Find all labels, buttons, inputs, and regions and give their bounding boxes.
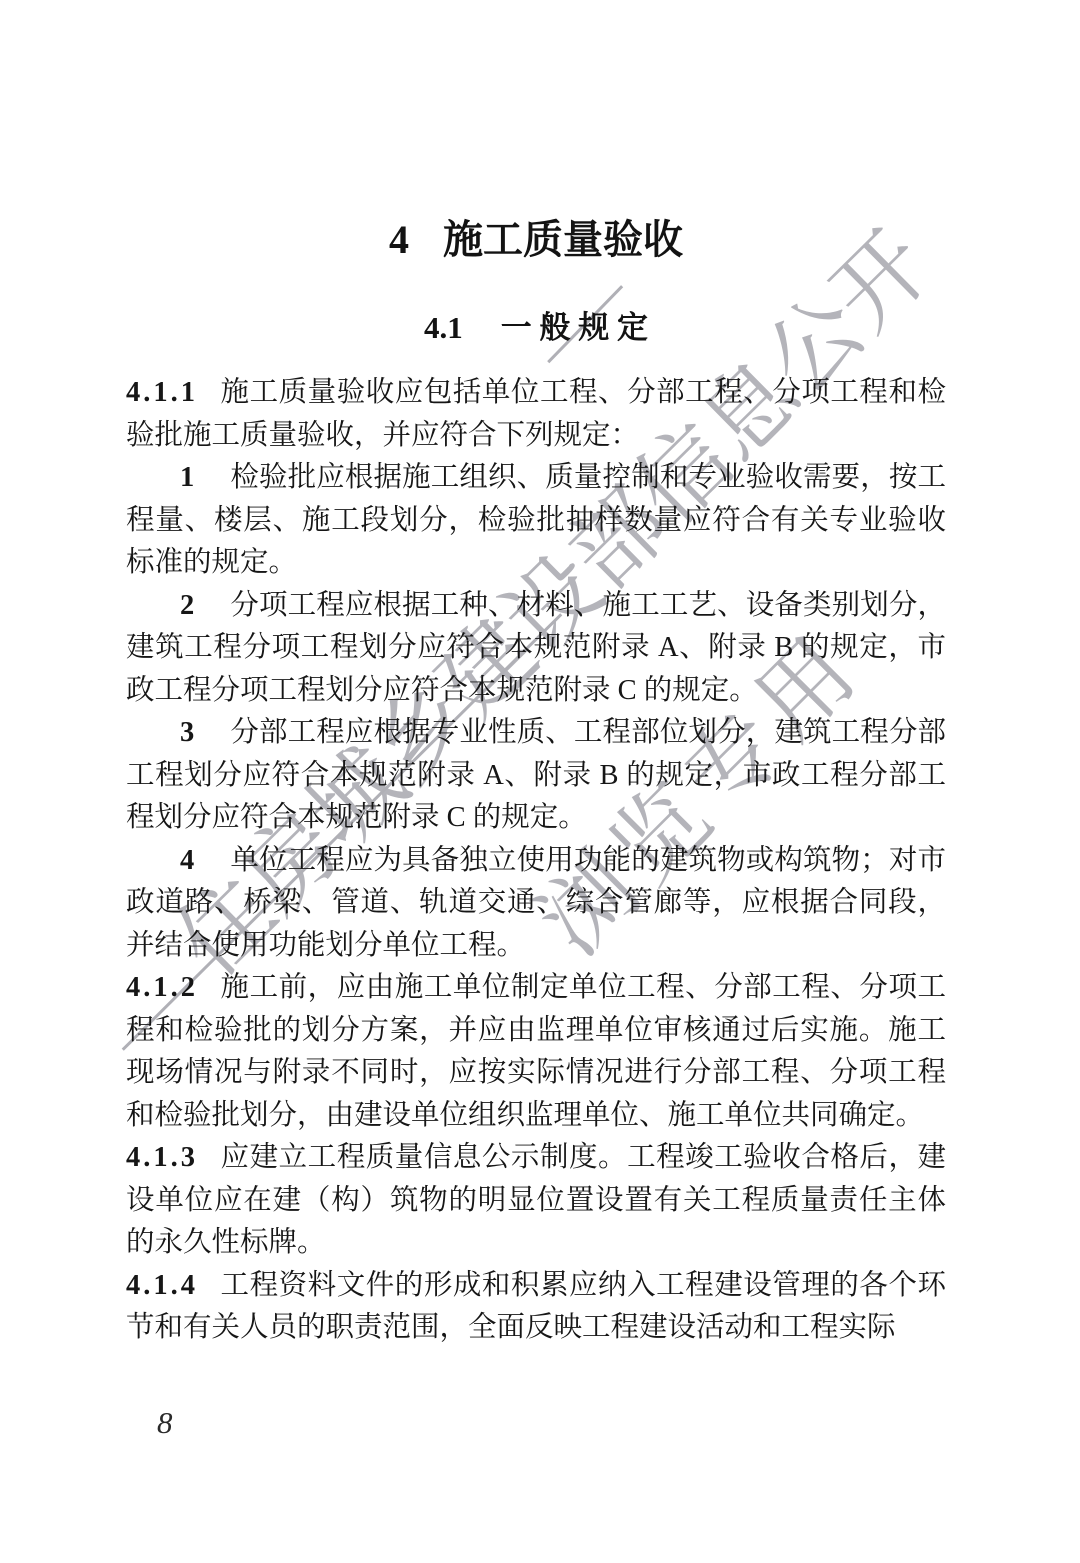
item-number: 4 (180, 845, 194, 876)
clause-paragraph-4-1-4: 4.1.4工程资料文件的形成和积累应纳入工程建设管理的各个环节和有关人员的职责范… (126, 1265, 946, 1350)
clause-paragraph-4-1-2: 4.1.2施工前，应由施工单位制定单位工程、分部工程、分项工程和检验批的划分方案… (126, 967, 946, 1137)
item-text: 单位工程应为具备独立使用功能的建筑物或构筑物；对市政道路、桥梁、管道、轨道交通、… (126, 845, 946, 961)
clause-label: 4.1.3 (126, 1142, 198, 1173)
item-text: 分部工程应根据专业性质、工程部位划分，建筑工程分部工程划分应符合本规范附录 A、… (126, 717, 946, 833)
clause-text: 工程资料文件的形成和积累应纳入工程建设管理的各个环节和有关人员的职责范围，全面反… (126, 1270, 946, 1344)
list-item-2: 2分项工程应根据工种、材料、施工工艺、设备类别划分，建筑工程分项工程划分应符合本… (126, 585, 946, 713)
list-item-4: 4单位工程应为具备独立使用功能的建筑物或构筑物；对市政道路、桥梁、管道、轨道交通… (126, 840, 946, 968)
item-text: 分项工程应根据工种、材料、施工工艺、设备类别划分，建筑工程分项工程划分应符合本规… (126, 590, 946, 706)
item-number: 1 (180, 462, 194, 493)
clause-text: 应建立工程质量信息公示制度。工程竣工验收合格后，建设单位应在建（构）筑物的明显位… (126, 1142, 946, 1258)
clause-label: 4.1.1 (126, 377, 198, 408)
clause-label: 4.1.4 (126, 1270, 198, 1301)
page-number: 8 (157, 1403, 173, 1443)
clause-body: 4.1.1施工质量验收应包括单位工程、分部工程、分项工程和检验批施工质量验收，并… (126, 372, 946, 1350)
list-item-1: 1检验批应根据施工组织、质量控制和专业验收需要，按工程量、楼层、施工段划分，检验… (126, 457, 946, 585)
list-item-3: 3分部工程应根据专业性质、工程部位划分，建筑工程分部工程划分应符合本规范附录 A… (126, 712, 946, 840)
item-text: 检验批应根据施工组织、质量控制和专业验收需要，按工程量、楼层、施工段划分，检验批… (126, 462, 946, 578)
clause-paragraph-4-1-1: 4.1.1施工质量验收应包括单位工程、分部工程、分项工程和检验批施工质量验收，并… (126, 372, 946, 457)
clause-text: 施工质量验收应包括单位工程、分部工程、分项工程和检验批施工质量验收，并应符合下列… (126, 377, 946, 451)
clause-text: 施工前，应由施工单位制定单位工程、分部工程、分项工程和检验批的划分方案，并应由监… (126, 972, 946, 1131)
chapter-number: 4 (389, 217, 409, 262)
clause-paragraph-4-1-3: 4.1.3应建立工程质量信息公示制度。工程竣工验收合格后，建设单位应在建（构）筑… (126, 1137, 946, 1265)
section-number: 4.1 (424, 310, 463, 345)
item-number: 2 (180, 590, 194, 621)
page-content: 4施工质量验收 4.1一 般 规 定 4.1.1施工质量验收应包括单位工程、分部… (126, 0, 946, 1350)
clause-label: 4.1.2 (126, 972, 198, 1003)
document-page: 住房城乡建设部信息公开 浏览专用 4施工质量验收 4.1一 般 规 定 4.1.… (0, 0, 1080, 1563)
chapter-heading: 4施工质量验收 (126, 216, 946, 264)
section-heading: 4.1一 般 规 定 (126, 310, 946, 346)
section-title: 一 般 规 定 (501, 310, 648, 345)
item-number: 3 (180, 717, 194, 748)
chapter-title: 施工质量验收 (443, 217, 683, 262)
